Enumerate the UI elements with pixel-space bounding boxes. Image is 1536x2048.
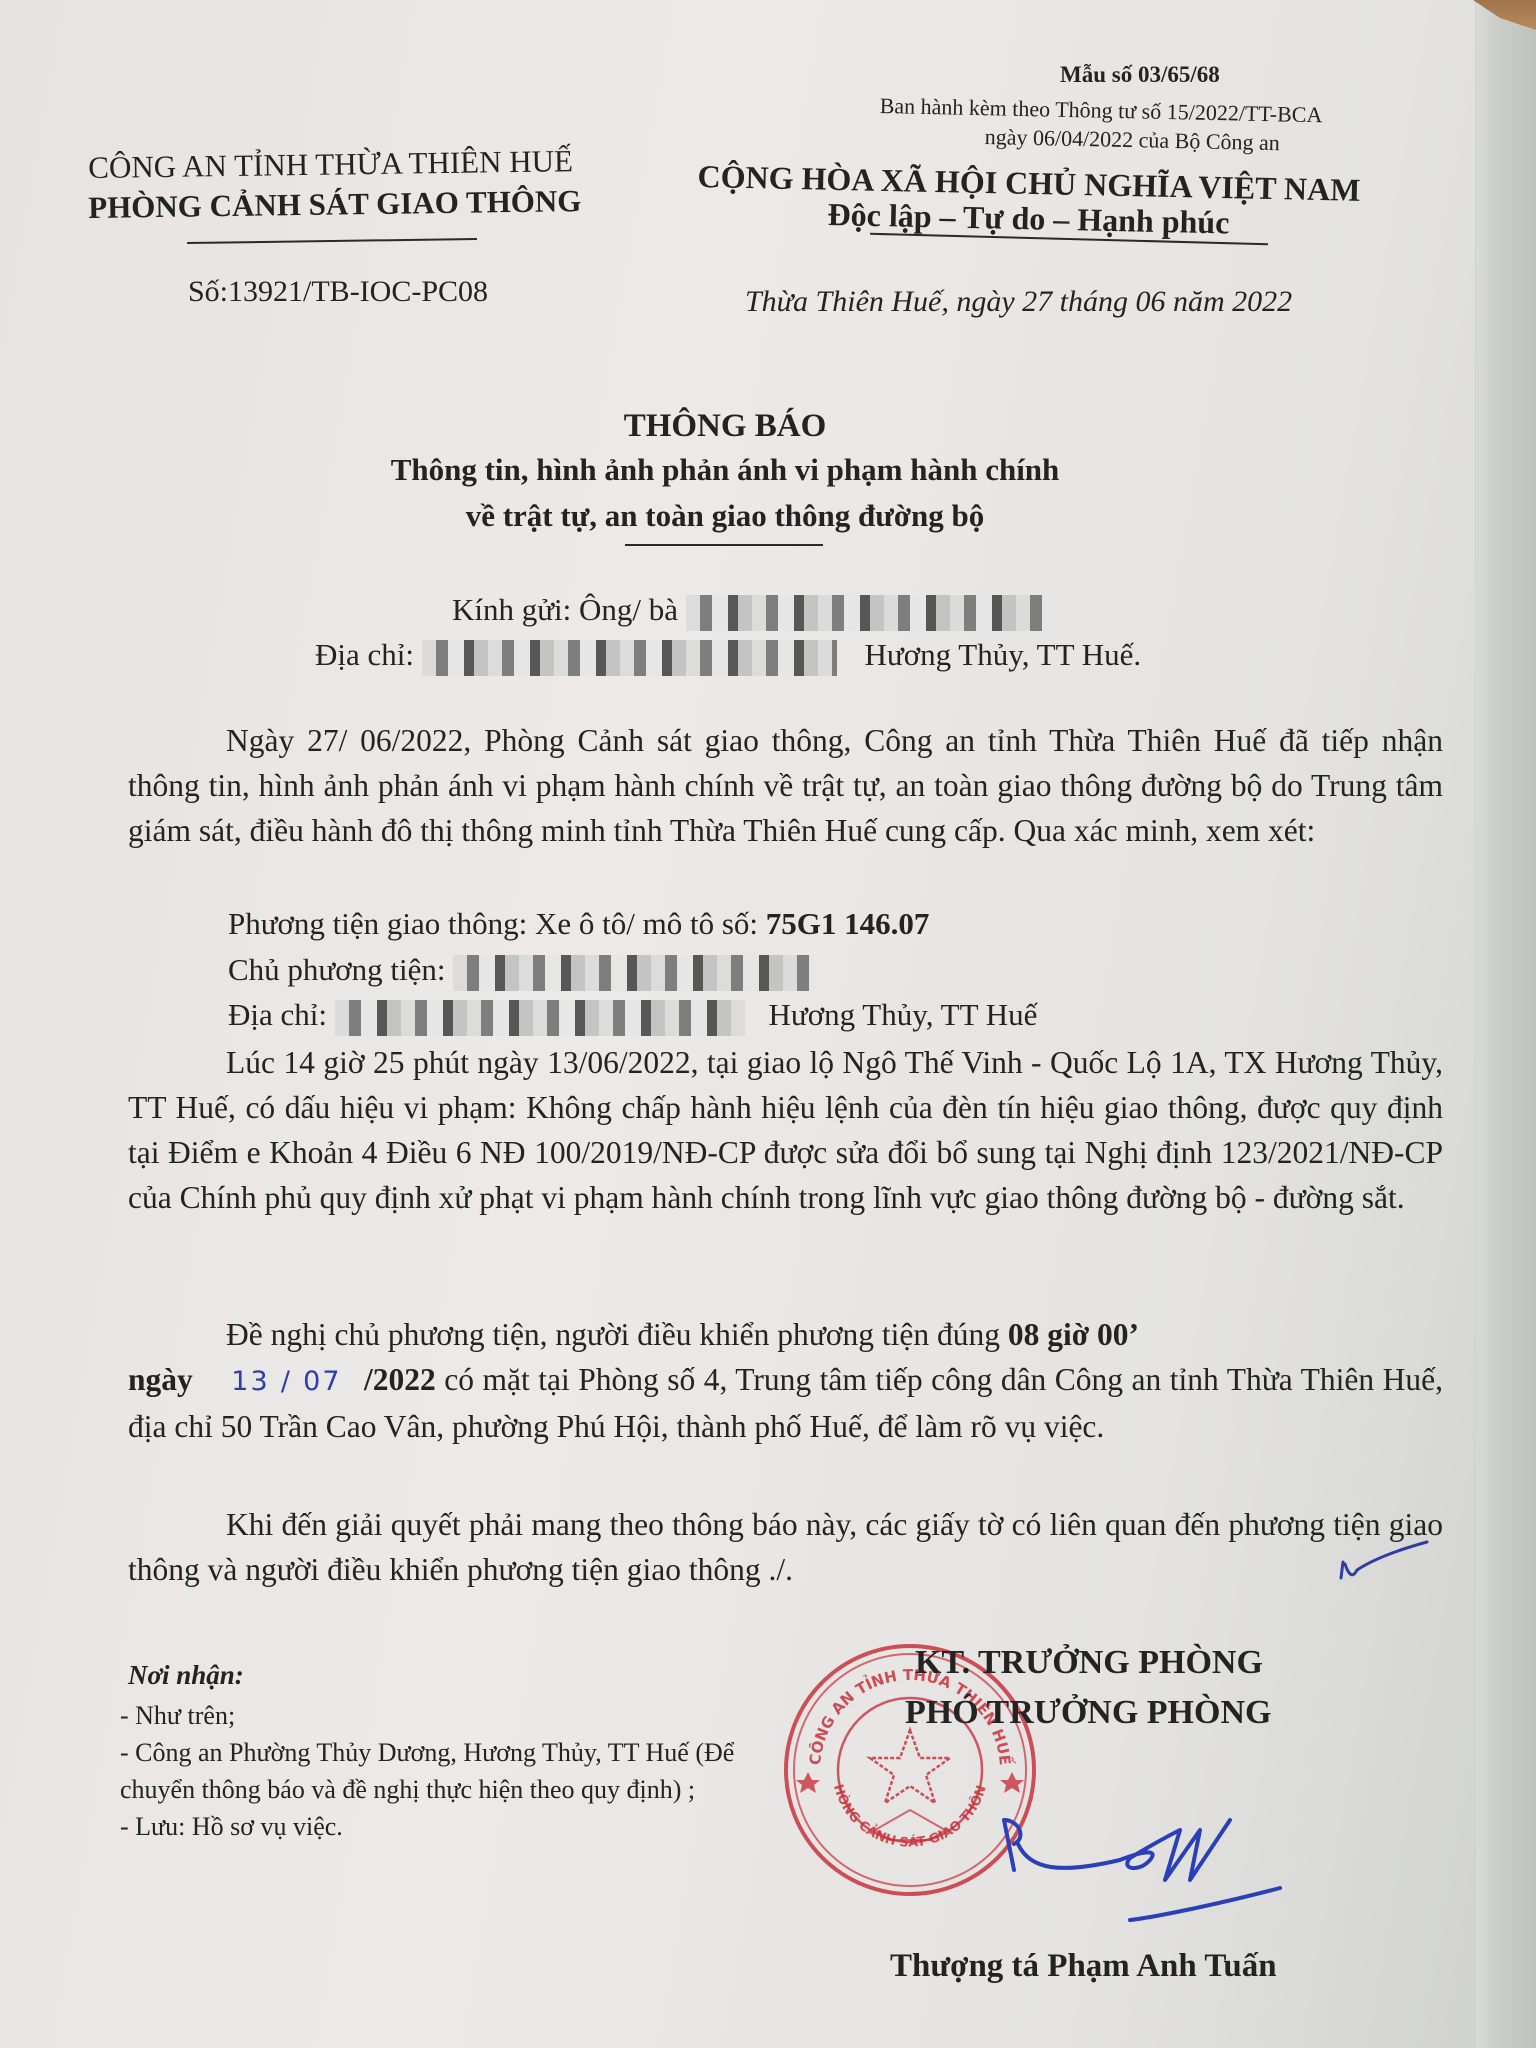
signatory-title-line2: PHÓ TRƯỞNG PHÒNG xyxy=(905,1694,1271,1732)
document-subtitle-line1: Thông tin, hình ảnh phản ánh vi phạm hàn… xyxy=(0,452,1450,488)
summons-time: 08 giờ 00’ xyxy=(1008,1317,1139,1352)
summons-day-label: ngày xyxy=(128,1362,193,1397)
vehicle-label: Phương tiện giao thông: Xe ô tô/ mô tô s… xyxy=(228,906,758,941)
agency-name: PHÒNG CẢNH SÁT GIAO THÔNG xyxy=(88,183,582,226)
redacted-owner xyxy=(453,955,813,991)
form-number: Mẫu số 03/65/68 xyxy=(1060,62,1220,88)
owner-address-label: Địa chỉ: xyxy=(228,997,327,1032)
owner-address-suffix: Hương Thủy, TT Huế xyxy=(769,997,1038,1032)
redacted-address xyxy=(422,640,837,676)
place-and-date: Thừa Thiên Huế, ngày 27 tháng 06 năm 202… xyxy=(745,285,1292,319)
document-subtitle-line2: về trật tự, an toàn giao thông đường bộ xyxy=(0,498,1450,534)
vehicle-plate: 75G1 146.07 xyxy=(766,906,930,941)
summons-text: Đề nghị chủ phương tiện, người điều khiể… xyxy=(226,1317,1000,1352)
redacted-owner-address xyxy=(335,1000,745,1036)
addressee-label: Kính gửi: Ông/ bà xyxy=(452,592,678,627)
recipients-title: Nơi nhận: xyxy=(128,1660,244,1691)
paragraph-instructions: Khi đến giải quyết phải mang theo thông … xyxy=(128,1502,1443,1592)
signatory-title-line1: KT. TRƯỞNG PHÒNG xyxy=(915,1644,1263,1682)
paragraph-summons: Đề nghị chủ phương tiện, người điều khiể… xyxy=(128,1312,1443,1357)
form-issued-with: Ban hành kèm theo Thông tư số 15/2022/TT… xyxy=(879,93,1322,128)
owner-line: Chủ phương tiện: xyxy=(228,952,813,991)
address-suffix: Hương Thủy, TT Huế. xyxy=(865,637,1142,672)
owner-address-line: Địa chỉ: Hương Thủy, TT Huế xyxy=(228,997,1037,1036)
pen-checkmark-icon xyxy=(1335,1540,1430,1580)
paragraph-summons-cont: ngày 13 / 07 /2022 có mặt tại Phòng số 4… xyxy=(128,1357,1443,1449)
owner-label: Chủ phương tiện: xyxy=(228,952,445,987)
agency-underline xyxy=(187,238,477,244)
recipient-item: - Công an Phường Thủy Dương, Hương Thủy,… xyxy=(120,1734,740,1808)
form-issued-date: ngày 06/04/2022 của Bộ Công an xyxy=(984,124,1280,156)
addressee-address-line: Địa chỉ: Hương Thủy, TT Huế. xyxy=(315,637,1141,676)
document-number: Số:13921/TB-IOC-PC08 xyxy=(188,275,488,309)
paragraph-receipt: Ngày 27/ 06/2022, Phòng Cảnh sát giao th… xyxy=(128,718,1443,853)
address-label: Địa chỉ: xyxy=(315,637,414,672)
subtitle-underline xyxy=(625,544,823,546)
vehicle-line: Phương tiện giao thông: Xe ô tô/ mô tô s… xyxy=(228,906,929,942)
recipient-item: - Như trên; xyxy=(120,1697,740,1734)
document-title: THÔNG BÁO xyxy=(0,408,1450,445)
addressee-line: Kính gửi: Ông/ bà xyxy=(452,592,1056,631)
agency-parent: CÔNG AN TỈNH THỪA THIÊN HUẾ xyxy=(88,143,573,186)
paper-stack-edge xyxy=(1475,0,1536,2048)
signer-name: Thượng tá Phạm Anh Tuấn xyxy=(890,1948,1277,1985)
recipient-item: - Lưu: Hồ sơ vụ việc. xyxy=(120,1808,740,1845)
paragraph-violation: Lúc 14 giờ 25 phút ngày 13/06/2022, tại … xyxy=(128,1040,1443,1220)
redacted-name xyxy=(686,595,1056,631)
recipients-list: - Như trên; - Công an Phường Thủy Dương,… xyxy=(120,1697,740,1845)
handwritten-date: 13 / 07 xyxy=(231,1366,341,1397)
handwritten-signature-icon xyxy=(1000,1800,1320,1940)
summons-year: /2022 xyxy=(364,1362,436,1397)
